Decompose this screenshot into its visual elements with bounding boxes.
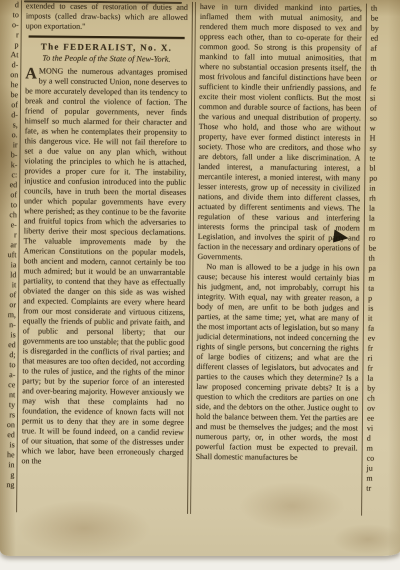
previous-article-ending: extended to cases of restoration of duti… <box>26 0 188 33</box>
section-rule <box>29 35 185 38</box>
scan-background: d to o- r p At d- on he be of d- s, o. i… <box>0 0 400 570</box>
article-title: The FEDERALIST, No. X. <box>25 41 187 54</box>
print-area: d to o- r p At d- on he be of d- s, o. i… <box>0 0 400 516</box>
article-salutation: To the People of the State of New-York. <box>25 53 187 65</box>
right-column: have in turn divided mankind into partie… <box>191 2 366 516</box>
left-column: extended to cases of restoration of duti… <box>17 0 192 514</box>
newspaper-page: d to o- r p At d- on he be of d- s, o. i… <box>0 0 400 556</box>
article-body-right-p1: have in turn divided mankind into partie… <box>197 2 361 264</box>
printers-mark-triangle <box>333 230 349 245</box>
article-body-right-p2: No man is allowed to be a judge in his o… <box>196 262 360 464</box>
drop-cap: A <box>25 66 39 81</box>
article-body-left: MONG the numerous advantages promised by… <box>22 66 188 465</box>
right-margin-column-fragment: th be by ed af m th or fe si of so w H s… <box>362 4 400 516</box>
